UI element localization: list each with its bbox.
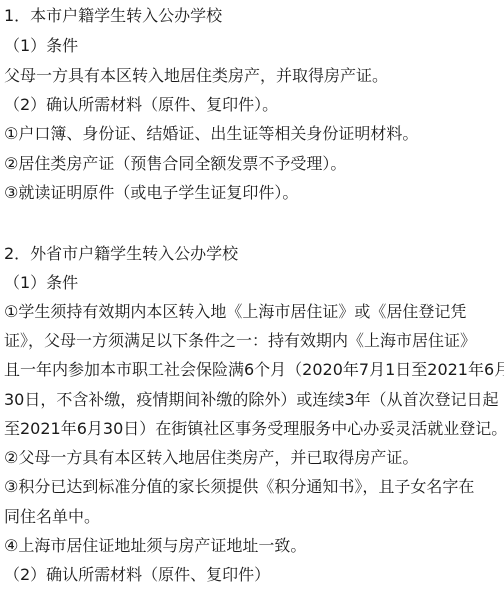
section1-materials-heading: （2）确认所需材料（原件、复印件）。 — [4, 95, 278, 115]
section2-condition-line: ②父母一方具有本区转入地居住类房产，并已取得房产证。 — [4, 448, 418, 468]
section2-condition-line: ①学生须持有效期内本区转入地《上海市居住证》或《居住登记凭 — [4, 302, 466, 322]
section2-condition-line: ③积分已达到标准分值的家长须提供《积分通知书》，且子女名字在 — [4, 477, 474, 497]
section2-condition-line: 至2021年6月30日）在街镇社区事务受理服务中心办妥灵活就业登记。 — [4, 419, 504, 439]
section2-condition-line: 30日，不含补缴，疫情期间补缴的除外）或连续3年（从首次登记日起 — [4, 390, 499, 410]
section1-condition-heading: （1）条件 — [4, 36, 78, 56]
section1-title: 1．本市户籍学生转入公办学校 — [4, 6, 222, 26]
section2-condition-line: 证》，父母一方须满足以下条件之一：持有效期内《上海市居住证》 — [4, 331, 476, 351]
section2-condition-line: 同住名单中。 — [4, 507, 100, 527]
section2-condition-heading: （1）条件 — [4, 273, 78, 293]
section1-material-item: ②居住类房产证（预售合同全额发票不予受理）。 — [4, 154, 346, 174]
section2-title: 2．外省市户籍学生转入公办学校 — [4, 244, 238, 264]
section1-material-item: ③就读证明原件（或电子学生证复印件）。 — [4, 183, 298, 203]
section1-condition-text: 父母一方具有本区转入地居住类房产，并取得房产证。 — [4, 66, 388, 86]
section1-material-item: ①户口簿、身份证、结婚证、出生证等相关身份证明材料。 — [4, 124, 418, 144]
section2-condition-line: ④上海市居住证地址须与房产证地址一致。 — [4, 536, 306, 556]
document-page: 1．本市户籍学生转入公办学校 （1）条件 父母一方具有本区转入地居住类房产，并取… — [0, 0, 504, 604]
section2-materials-heading: （2）确认所需材料（原件、复印件） — [4, 565, 270, 585]
section2-condition-line: 且一年内参加本市职工社会保险满6个月（2020年7月1日至2021年6月 — [4, 360, 504, 380]
